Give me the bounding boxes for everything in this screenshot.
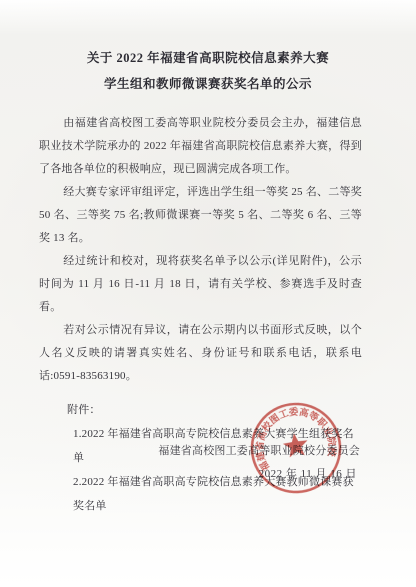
- paragraph-awards: 经大赛专家评审组评定，评选出学生组一等奖 25 名、二等奖 50 名、三等奖 7…: [39, 181, 362, 250]
- title-line-2: 学生组和教师微课赛获奖名单的公示: [20, 71, 396, 97]
- issue-date: 2022 年 11 月 16 日: [259, 466, 357, 482]
- document-page: 关于 2022 年福建省高职院校信息素养大赛 学生组和教师微课赛获奖名单的公示 …: [0, 0, 416, 587]
- attachments-label: 附件：: [39, 398, 362, 422]
- document-title: 关于 2022 年福建省高职院校信息素养大赛 学生组和教师微课赛获奖名单的公示: [0, 0, 416, 97]
- paragraph-intro: 由福建省高校图工委高等职业院校分委员会主办，福建信息职业技术学院承办的 2022…: [39, 112, 362, 181]
- paragraph-objection-contact: 若对公示情况有异议，请在公示期内以书面形式反映，以个人名义反映的请署真实姓名、身…: [39, 319, 362, 388]
- document-body: 由福建省高校图工委高等职业院校分委员会主办，福建信息职业技术学院承办的 2022…: [0, 112, 416, 388]
- issuer-signature: 福建省高校图工委高等职业院校分委员会: [158, 443, 360, 459]
- paragraph-publicity-period: 经过统计和校对，现将获奖名单予以公示(详见附件)，公示时间为 11 月 16 日…: [39, 250, 362, 319]
- title-line-1: 关于 2022 年福建省高职院校信息素养大赛: [20, 45, 396, 71]
